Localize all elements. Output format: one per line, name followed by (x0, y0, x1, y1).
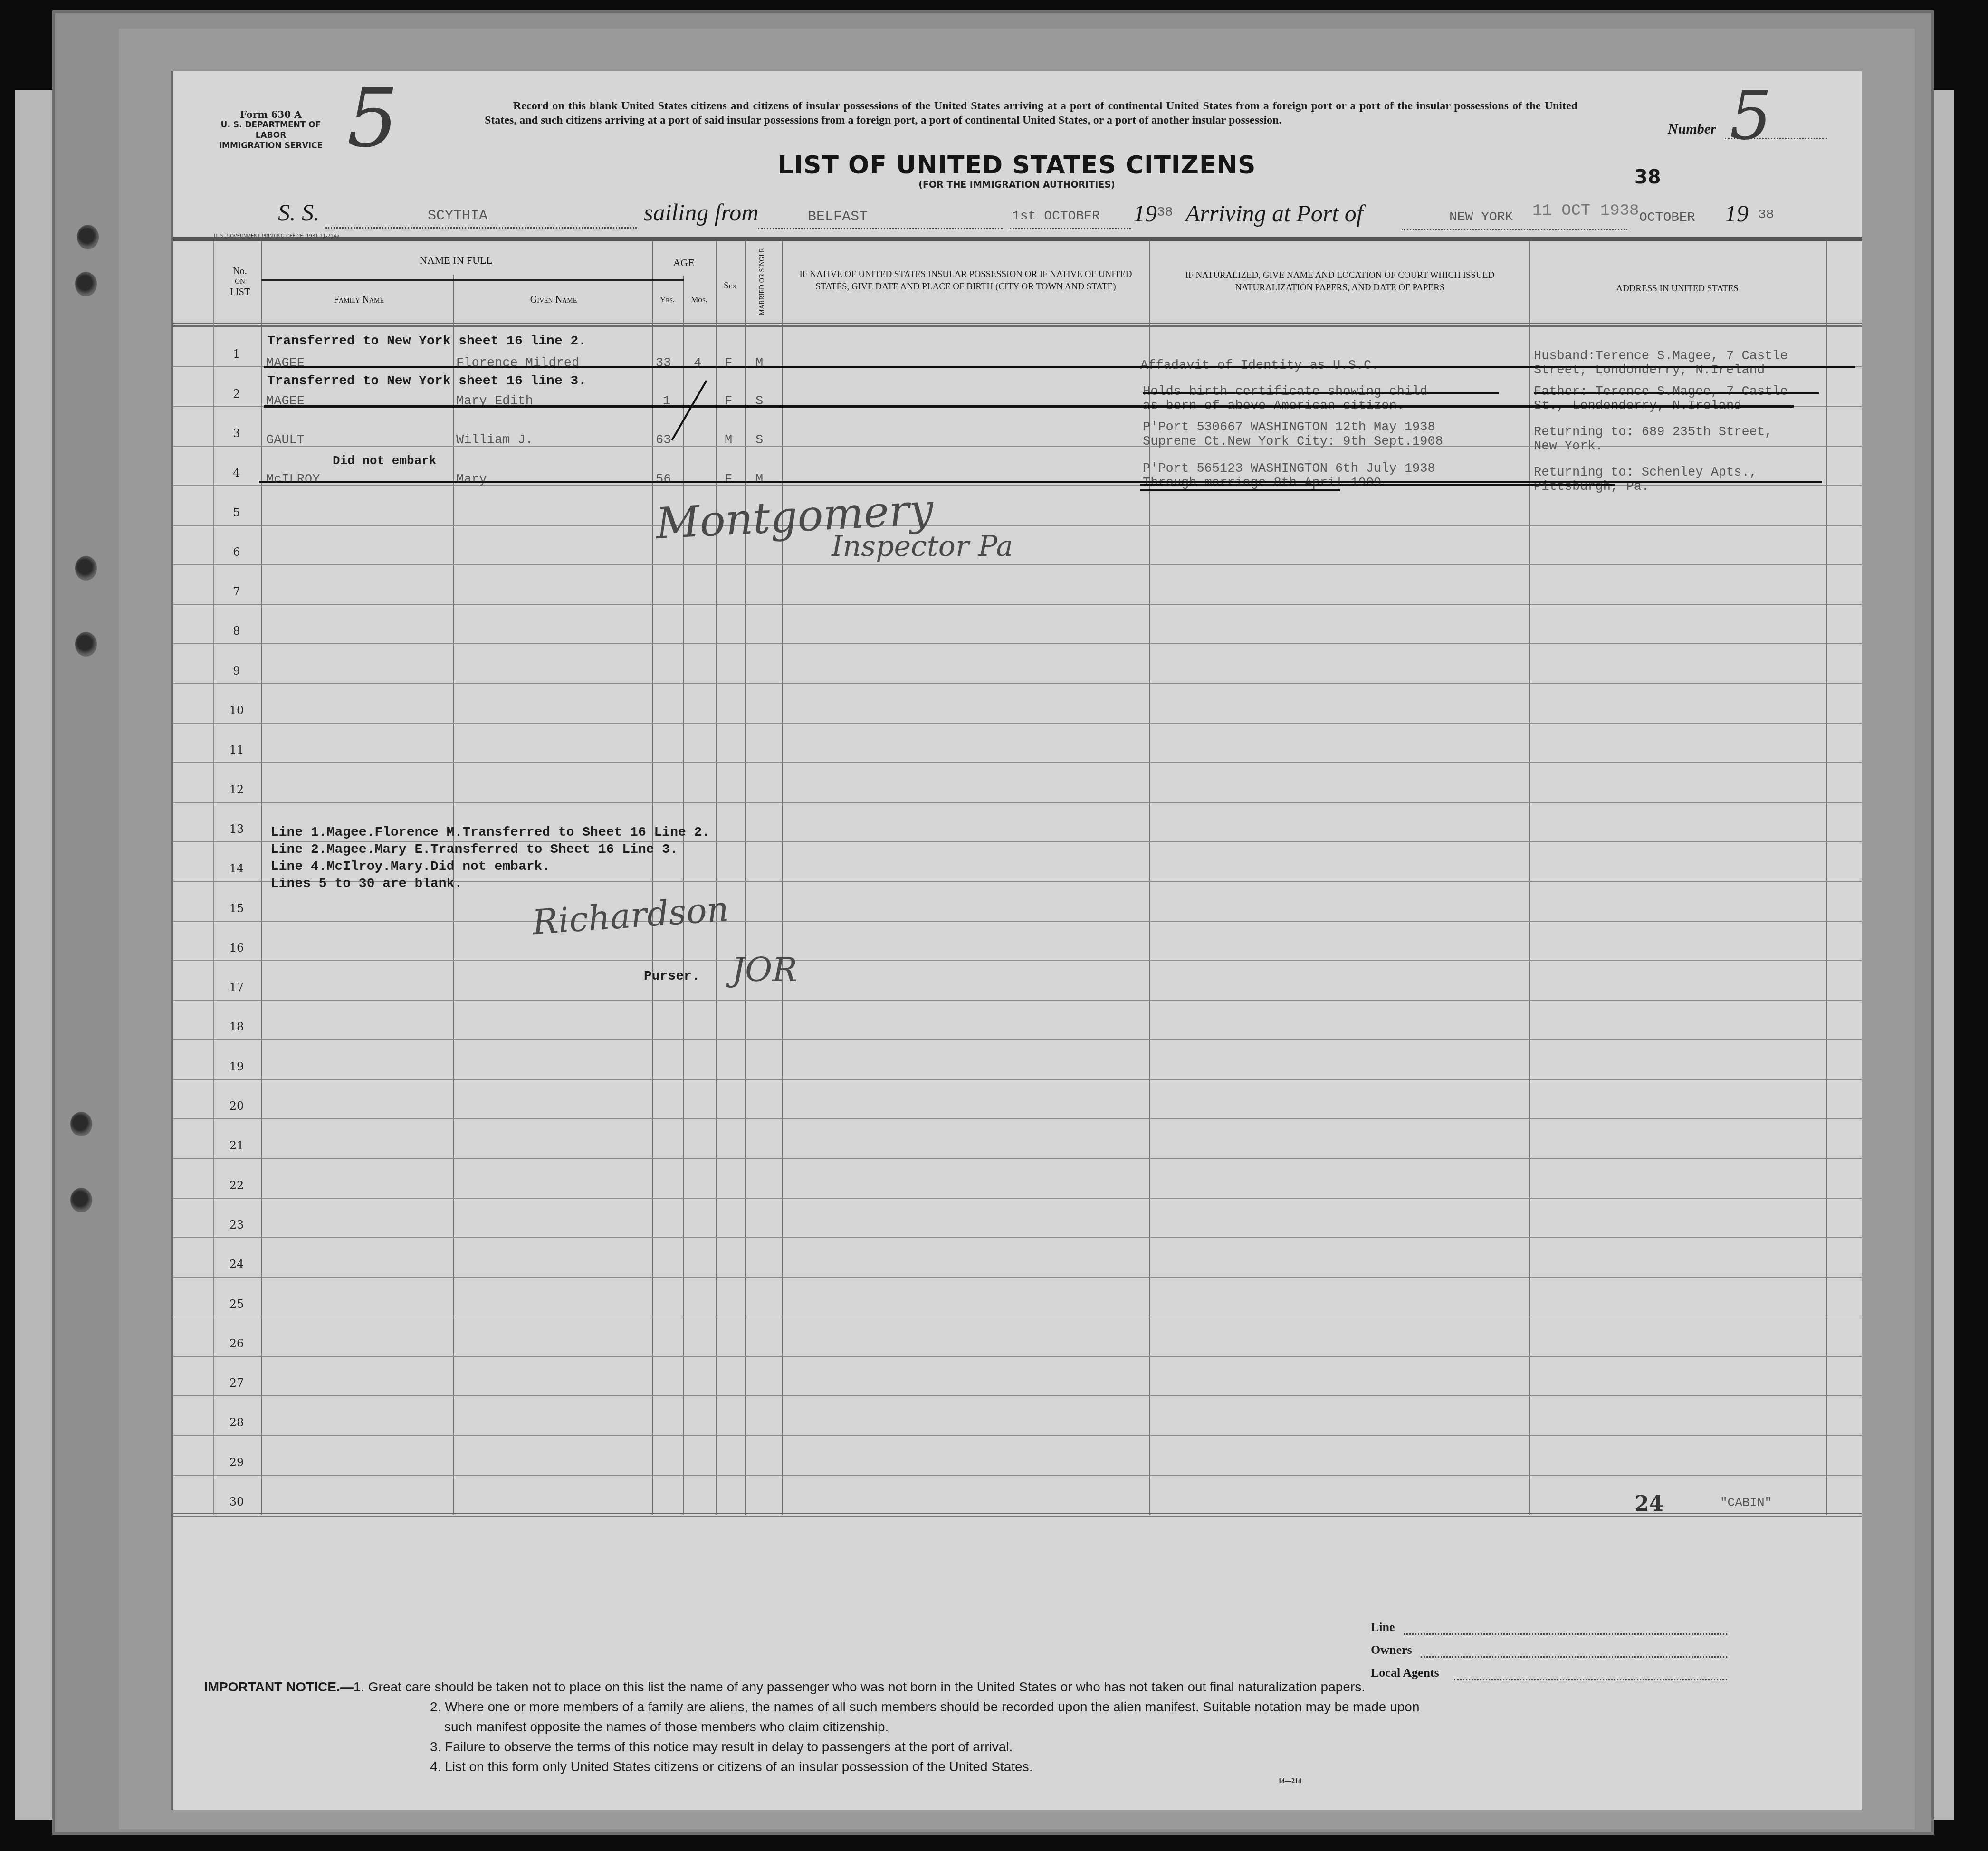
entry-4-age-yrs: 56 (656, 473, 671, 487)
hole-guide-line (213, 241, 214, 1515)
col-divider-sex (745, 241, 746, 1515)
entry-1-marital: M (755, 356, 763, 371)
row-rule (173, 1395, 1862, 1396)
owners-field[interactable] (1421, 1656, 1727, 1658)
row-number: 20 (222, 1099, 251, 1113)
entry-1-strikethrough (264, 366, 1855, 368)
row-number: 19 (222, 1060, 251, 1073)
row-number: 11 (222, 743, 251, 756)
entry-4-family-name: McILROY (266, 473, 320, 487)
year-prefix-2: 19 (1725, 200, 1749, 227)
important-notice: IMPORTANT NOTICE.—1. Great care should b… (204, 1677, 1772, 1777)
header-no-text: No. (221, 266, 259, 277)
header-no-on-list: No. ON LIST (221, 266, 259, 297)
entry-4-given-name: Mary (456, 473, 487, 487)
row-number: 5 (222, 506, 251, 519)
col-divider-no (261, 241, 262, 1515)
binder-hole-icon (70, 1188, 92, 1212)
header-on-text: ON (221, 277, 259, 287)
department-name: U. S. DEPARTMENT OF LABOR (209, 120, 333, 141)
entry-3-sex: M (725, 433, 732, 448)
owners-label: Owners (1371, 1643, 1412, 1657)
row-number: 6 (222, 545, 251, 559)
table-bottom-rule (173, 1513, 1862, 1517)
entry-4-strikethrough-3 (1140, 484, 1615, 486)
entry-4-strikethrough (259, 481, 1822, 483)
row-number: 30 (222, 1495, 251, 1508)
service-name: IMMIGRATION SERVICE (209, 141, 333, 151)
entry-2-address-line1: Father: Terence S.Magee, 7 Castle (1534, 385, 1788, 399)
entry-3-address-line1: Returning to: 689 235th Street, (1534, 425, 1772, 439)
row-number: 21 (222, 1139, 251, 1152)
gpo-imprint: U. S. GOVERNMENT PRINTING OFFICE: 1931 1… (214, 234, 339, 239)
row-number: 10 (222, 704, 251, 717)
row-number: 29 (222, 1456, 251, 1469)
year-prefix: 19 (1133, 200, 1157, 227)
header-birth-info: IF NATIVE OF UNITED STATES INSULAR POSSE… (789, 268, 1143, 293)
entry-4-naturalization-line1: P'Port 565123 WASHINGTON 6th July 1938 (1143, 462, 1435, 476)
row-rule (173, 525, 1862, 526)
header-bottom-rule (173, 323, 1862, 327)
row-rule (173, 762, 1862, 763)
row-number: 1 (222, 347, 251, 361)
row-number: 26 (222, 1337, 251, 1350)
port-to: NEW YORK (1449, 210, 1513, 225)
entry-1-sex: F (725, 356, 732, 371)
notice-item-3: 3. Failure to observe the terms of this … (204, 1737, 1772, 1757)
entry-1-address-line1: Husband:Terence S.Magee, 7 Castle (1534, 349, 1788, 363)
name-age-subrule (261, 279, 684, 281)
number-label: Number (1668, 121, 1716, 137)
row-rule (173, 960, 1862, 961)
binder-hole-icon (77, 225, 99, 249)
port-to-field-line (1402, 229, 1627, 230)
ss-label: S. S. (278, 199, 320, 226)
row-number: 16 (222, 941, 251, 954)
entry-3-naturalization-line1: P'Port 530667 WASHINGTON 12th May 1938 (1143, 420, 1435, 435)
row-number: 14 (222, 862, 251, 875)
notice-item-1: 1. Great care should be taken not to pla… (354, 1679, 1365, 1694)
header-married-or-single: MARRIED OR SINGLE (759, 241, 766, 322)
row-number: 2 (222, 387, 251, 401)
notice-item-4: 4. List on this form only United States … (204, 1757, 1772, 1777)
departure-date: 1st OCTOBER (1012, 209, 1100, 224)
entry-4-address-line1: Returning to: Schenley Apts., (1534, 466, 1757, 480)
class-label: "CABIN" (1720, 1496, 1772, 1510)
entry-2-annotation: Transferred to New York sheet 16 line 3. (267, 374, 586, 389)
sailing-from-label: sailing from (644, 199, 758, 226)
row-rule (173, 1435, 1862, 1436)
row-number: 27 (222, 1376, 251, 1390)
row-number: 13 (222, 822, 251, 836)
table-top-rule (173, 237, 1862, 241)
row-rule (173, 1079, 1862, 1080)
port-from: BELFAST (808, 209, 868, 225)
entry-2-strikethrough-3 (1534, 392, 1819, 394)
sheet-number: 38 (1634, 166, 1661, 188)
col-divider-address (1826, 241, 1827, 1515)
entry-1-annotation: Transferred to New York sheet 16 line 2. (267, 334, 586, 349)
page-title: LIST OF UNITED STATES CITIZENS (765, 151, 1269, 180)
row-rule (173, 921, 1862, 922)
row-rule (173, 446, 1862, 447)
row-number: 18 (222, 1020, 251, 1033)
row-rule (173, 643, 1862, 644)
row-rule (173, 1158, 1862, 1159)
line-field[interactable] (1404, 1633, 1727, 1635)
entry-3-family-name: GAULT (266, 433, 305, 448)
form-number: Form 630 A (209, 109, 333, 120)
entry-4-annotation: Did not embark (333, 454, 436, 468)
row-rule (173, 1198, 1862, 1199)
manifest-page (171, 71, 1862, 1810)
row-number: 7 (222, 585, 251, 598)
notice-item-2-cont: such manifest opposite the names of thos… (204, 1717, 1772, 1737)
notice-heading: IMPORTANT NOTICE.— (204, 1679, 354, 1694)
entry-4-marital: M (755, 473, 763, 487)
arrival-month: OCTOBER (1639, 210, 1695, 225)
line-label: Line (1371, 1620, 1395, 1634)
row-number: 15 (222, 902, 251, 915)
row-rule (173, 1237, 1862, 1238)
inspector-title-signature: Inspector Pa (832, 530, 1013, 563)
departure-date-line (1010, 228, 1131, 229)
row-rule (173, 1356, 1862, 1357)
header-name-in-full: NAME IN FULL (266, 254, 646, 267)
col-divider-family (453, 275, 454, 1515)
header-family-name: Family Name (266, 294, 451, 306)
row-rule (173, 1039, 1862, 1040)
row-number: 22 (222, 1179, 251, 1192)
row-rule (173, 1475, 1862, 1476)
entry-1-age-yrs: 33 (656, 356, 671, 371)
col-divider-marital (782, 241, 783, 1515)
header-sex: Sex (716, 279, 745, 292)
row-rule (173, 564, 1862, 565)
entry-4-strikethrough-2 (1140, 489, 1340, 491)
entry-3-age-yrs: 63 (656, 433, 671, 448)
entry-2-naturalization-line1: Holds birth certificate showing child (1143, 385, 1428, 399)
form-identifier: Form 630 A U. S. DEPARTMENT OF LABOR IMM… (209, 109, 333, 151)
entry-1-family-name: MAGEE (266, 356, 305, 371)
row-number: 23 (222, 1218, 251, 1231)
entry-2-strikethrough-2 (1143, 392, 1499, 394)
departure-year-suffix: 38 (1157, 205, 1173, 220)
entry-4-sex: F (725, 473, 732, 487)
entry-3-given-name: William J. (456, 433, 533, 448)
purser-label: Purser. (644, 969, 700, 984)
row-rule (173, 1000, 1862, 1001)
row-number: 3 (222, 427, 251, 440)
binder-hole-icon (75, 556, 97, 581)
row-rule (173, 1317, 1862, 1317)
arrival-date-stamp: 11 OCT 1938 (1532, 202, 1639, 220)
row-number: 4 (222, 466, 251, 479)
record-instructions: Record on this blank United States citiz… (485, 99, 1577, 127)
row-rule (173, 1118, 1862, 1119)
row-number: 25 (222, 1298, 251, 1311)
row-number: 17 (222, 981, 251, 994)
form-code: 14—214 (1278, 1778, 1301, 1785)
row-rule (173, 802, 1862, 803)
arrival-year-suffix: 38 (1758, 208, 1774, 222)
header-yrs: Yrs. (652, 294, 683, 306)
row-number: 12 (222, 783, 251, 796)
summary-note: Lines 5 to 30 are blank. (271, 876, 710, 893)
entry-3-naturalization-line2: Supreme Ct.New York City: 9th Sept.1908 (1143, 435, 1443, 449)
row-number: 24 (222, 1258, 251, 1271)
port-from-field-line (758, 228, 1003, 229)
binder-hole-icon (75, 272, 97, 296)
header-list-text: LIST (221, 287, 259, 297)
number-value: 5 (1730, 83, 1772, 150)
summary-note: Line 1.Magee.Florence M.Transferred to S… (271, 824, 710, 841)
entry-3-address-line2: New York. (1534, 439, 1603, 454)
col-divider-mos (716, 241, 717, 1515)
header-address: ADDRESS IN UNITED STATES (1535, 283, 1820, 295)
ship-name: SCYTHIA (428, 208, 487, 224)
summary-notes: Line 1.Magee.Florence M.Transferred to S… (271, 824, 710, 893)
entry-1-age-mos: 4 (694, 356, 701, 371)
binder-hole-icon (70, 1112, 92, 1136)
row-rule (173, 683, 1862, 684)
page-subtitle: (FOR THE IMMIGRATION AUTHORITIES) (860, 180, 1174, 190)
entry-2-strikethrough (264, 405, 1794, 408)
summary-note: Line 4.McIlroy.Mary.Did not embark. (271, 859, 710, 876)
ship-field-line (325, 227, 637, 229)
header-naturalized-info: IF NATURALIZED, GIVE NAME AND LOCATION O… (1157, 269, 1523, 294)
arriving-label: Arriving at Port of (1185, 200, 1363, 227)
binder-hole-icon (75, 632, 97, 657)
record-instructions-text: Record on this blank United States citiz… (485, 100, 1577, 126)
row-rule (173, 1277, 1862, 1278)
row-number: 8 (222, 624, 251, 638)
entry-4-naturalization-line2: Through marriage 8th April 1909 (1143, 476, 1381, 490)
col-divider-naturalized (1529, 241, 1530, 1515)
row-number: 9 (222, 664, 251, 677)
header-given-name: Given Name (456, 294, 651, 306)
row-number: 28 (222, 1416, 251, 1429)
handwritten-list-number: 5 (347, 78, 398, 159)
row-rule (173, 604, 1862, 605)
summary-note: Line 2.Magee.Mary E.Transferred to Sheet… (271, 841, 710, 859)
row-rule (173, 723, 1862, 724)
entry-1-given-name: Florence Mildred (456, 356, 579, 371)
entry-3-marital: S (755, 433, 763, 448)
notice-item-2: 2. Where one or more members of a family… (204, 1697, 1772, 1717)
header-mos: Mos. (683, 294, 716, 306)
header-age: AGE (652, 257, 716, 269)
initials-signature: JOR (732, 950, 797, 989)
